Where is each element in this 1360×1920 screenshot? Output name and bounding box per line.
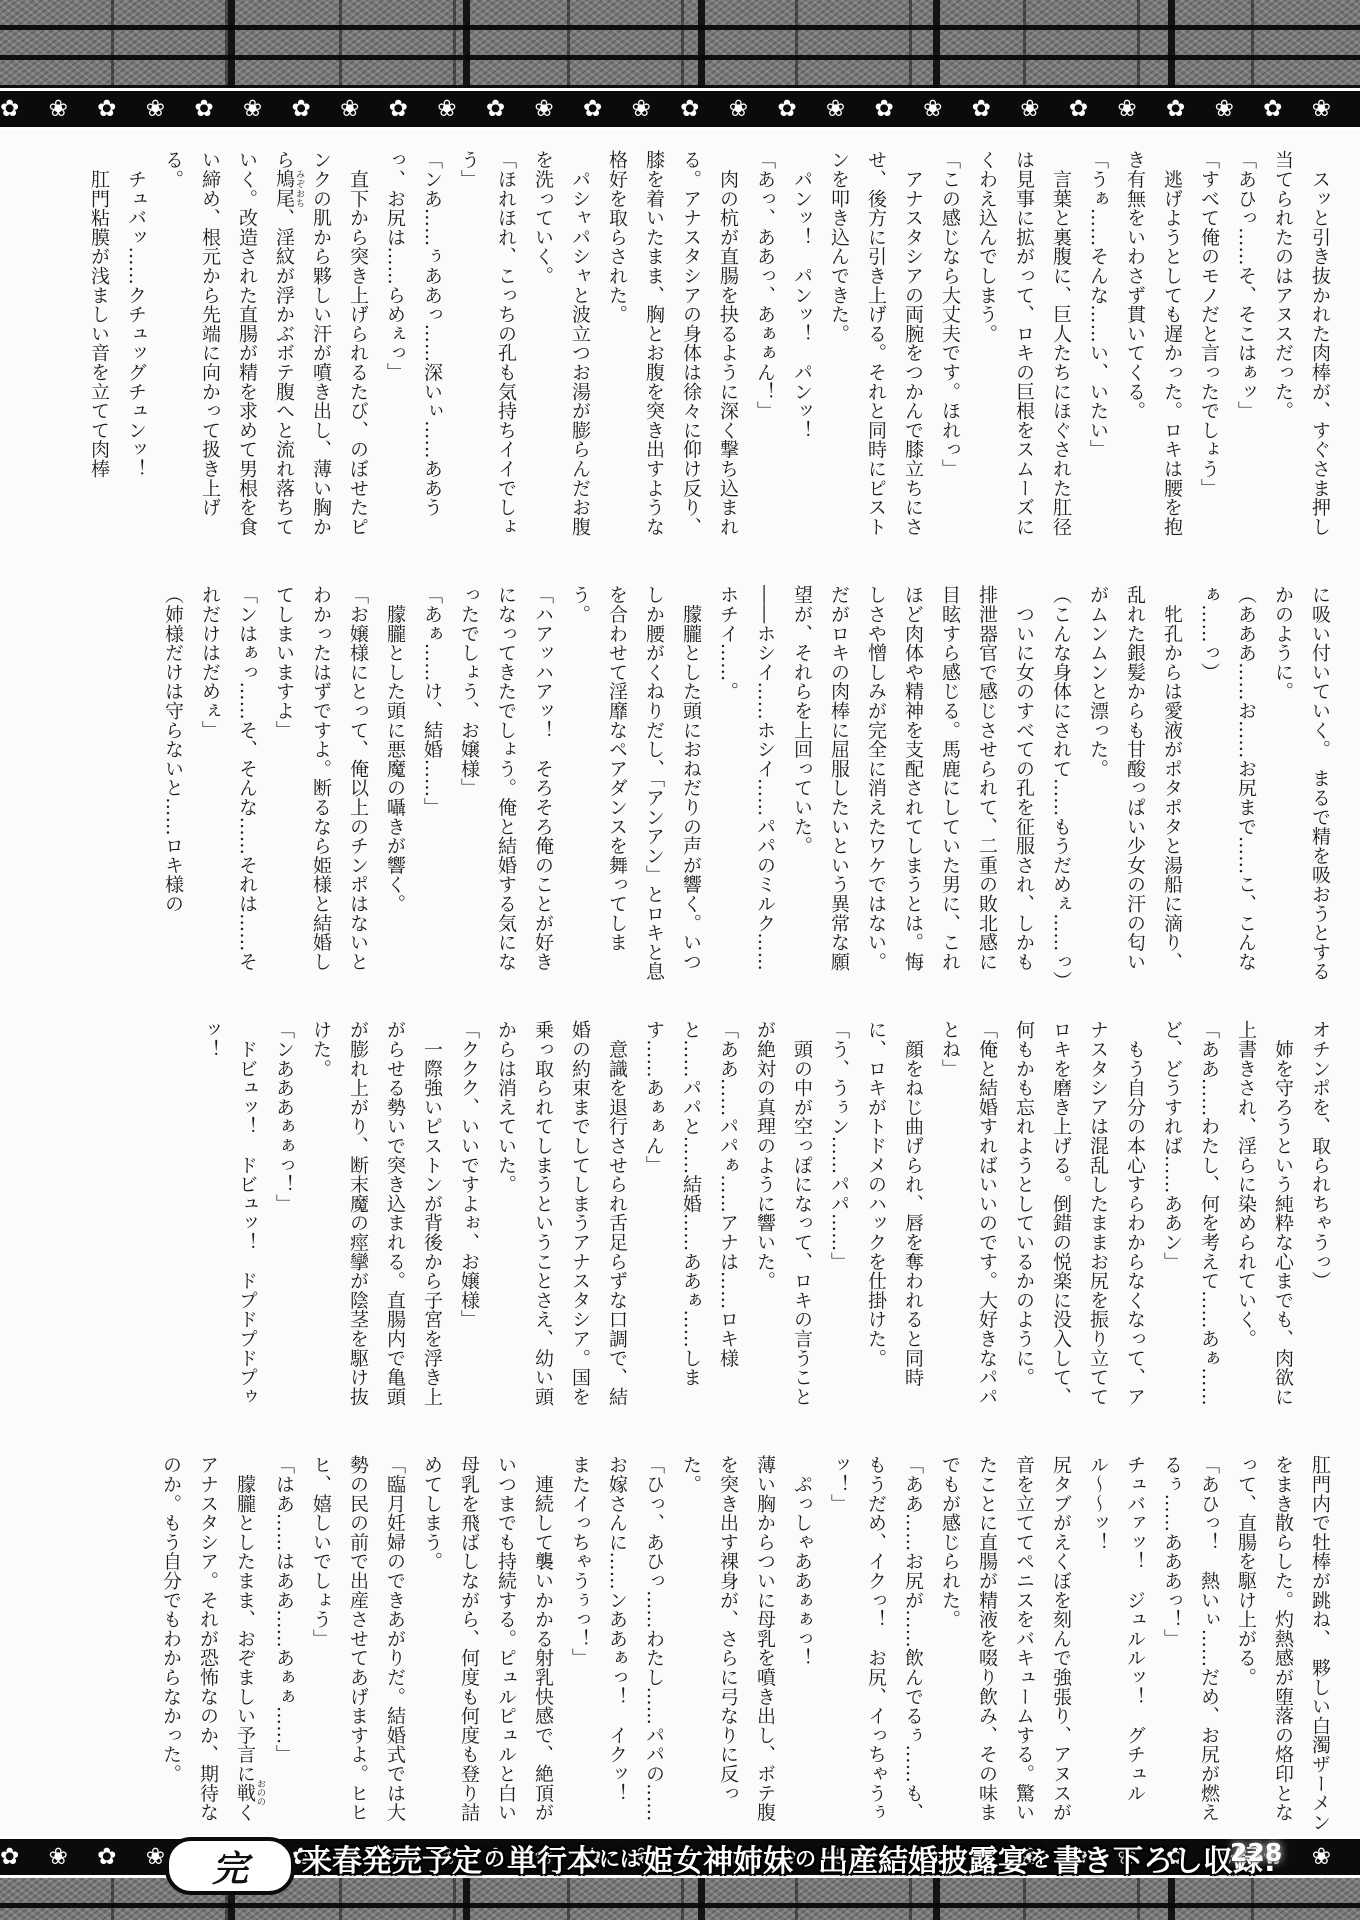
dialogue-line: 「すべて俺のモノだと言ったでしょう」 xyxy=(1190,150,1227,555)
paragraph: 意識を退行させられ舌足らずな口調で、結婚の約束までしてしまうアナスタシア。国を乗… xyxy=(487,1020,635,1425)
paragraph: 尻タブがえくぼを刻んで強張り、アヌスが音を立ててペニスをバキュームする。驚いたこ… xyxy=(931,1455,1079,1833)
paragraph: 連続して襲いかかる射乳快感で、絶頂がいつまでも持続する。ピュルピュルと白い母乳を… xyxy=(413,1455,561,1833)
sound-effect-line: パンッ！ パンッ！ パンッ！ xyxy=(783,150,820,555)
paragraph: 朦朧とした頭に悪魔の囁きが響く。 xyxy=(376,585,413,990)
announcement-text: 来春発売予定の単行本には姫女神姉妹の出産結婚披露宴を書き下ろし収録! xyxy=(302,1836,1277,1880)
monologue-line: （姉様だけは守らないと……ロキ様の xyxy=(154,585,191,990)
announcement-segment: には xyxy=(599,1843,641,1873)
ruby-base: 鳩尾 xyxy=(273,169,295,208)
paragraph: 薄い胸からついに母乳を噴き出し、ボテ腹を突き出す裸身が、さらに弓なりに反った。 xyxy=(672,1455,783,1833)
dialogue-line: 「ああ……パパぁ……アナは……ロキ様と……パパと……結婚……ああぁ……します……… xyxy=(635,1020,746,1425)
paragraph: 肉の杭が直腸を抉るように深く撃ち込まれる。アナスタシアの身体は徐々に仰け反り、膝… xyxy=(598,150,746,555)
paragraph: 朦朧としたまま、おぞましい予言に戦おののくアナスタシア。それが恐怖なのか、期待な… xyxy=(152,1455,265,1833)
ruby-reading: おのの xyxy=(255,1779,265,1806)
dialogue-line: 「う、うぅン……パパ……」 xyxy=(820,1020,857,1425)
dialogue-line: 「あひっ……そ、そこはぁッ」 xyxy=(1227,150,1264,555)
dialogue-line: 「あひっ！ 熱いぃ……だめ、お尻が燃えるぅ……あああっ！」 xyxy=(1153,1455,1227,1833)
paragraph: ついに女のすべての孔を征服され、しかも排泄器官で感じさせられて、二重の敗北感に目… xyxy=(783,585,1042,990)
monologue-line: （こんな身体にされて……もうだめぇ……っ） xyxy=(1042,585,1079,990)
floral-pattern-icon: ✿ ❀ ✿ ❀ ✿ ❀ ✿ ❀ ✿ ❀ ✿ ❀ ✿ ❀ ✿ ❀ ✿ ❀ ✿ ❀ … xyxy=(0,96,1360,122)
text-run: 、淫紋が浮かぶボテ腹へと流れ落ちていく。改造された直腸が精を求めて男根を食い締め… xyxy=(162,150,295,536)
text-band-4: 肛門内で牡棒が跳ね、 夥しい白濁ザーメンをまき散らした。灼熱感が堕落の烙印となっ… xyxy=(132,1455,1338,1833)
paragraph: 朦朧とした頭におねだりの声が響く。いつしか腰がくねりだし、「アンアン」とロキと息… xyxy=(561,585,709,990)
paragraph: 頭の中が空っぽになって、ロキの言うことが絶対の真理のように響いた。 xyxy=(746,1020,820,1425)
announcement-segment: 姫女神姉妹 xyxy=(643,1836,793,1880)
paragraph: アナスタシアの両腕をつかんで膝立ちにさせ、後方に引き上げる。それと同時にピストン… xyxy=(820,150,931,555)
dialogue-line: 「この感じなら大丈夫です。ほれっ」 xyxy=(931,150,968,555)
dialogue-line: 「あぁ……け、結婚……」 xyxy=(413,585,450,990)
paragraph: スッと引き抜かれた肉棒が、すぐさま押し当てられたのはアヌスだった。 xyxy=(1264,150,1338,555)
text-band-2: に吸い付いていく。 まるで精を吸おうとするかのように。 （あああ……お……お尻ま… xyxy=(132,585,1338,990)
monologue-line: ――ホシイ……ホシイ……パパのミルク……ホチイ……。 xyxy=(709,585,783,990)
dialogue-line: 「ンあああぁぁっ！」 xyxy=(265,1020,302,1425)
paragraph: 直下から突き上げられるたび、のぼせたピンクの肌から夥しい汗が噴き出し、薄い胸から… xyxy=(154,150,376,555)
paragraph: に吸い付いていく。 まるで精を吸おうとするかのように。 xyxy=(1264,585,1338,990)
dialogue-line: 「ンはぁっ……そ、そんな……それは……それだけはだめぇ」 xyxy=(191,585,265,990)
announcement-segment: の xyxy=(484,1843,505,1873)
dialogue-line: 「うぁ……そんな……い、いたい」 xyxy=(1079,150,1116,555)
dialogue-line: 「あっ、ああっ、あぁぁん！」 xyxy=(746,150,783,555)
monologue-line: オチンポを、取られちゃうっ） xyxy=(1301,1020,1338,1425)
announcement-segment: 出産結婚披露宴 xyxy=(818,1836,1028,1880)
announcement-segment: を xyxy=(1030,1843,1051,1873)
sound-effect-line: チュバッ……クチュッグチュンッ！ xyxy=(117,150,154,555)
paragraph: 一際強いピストンが背後から子宮を浮き上がらせる勢いで突き込まれる。直腸内で亀頭が… xyxy=(302,1020,450,1425)
text-run: 朦朧としたまま、おぞましい予言に xyxy=(234,1455,256,1783)
dialogue-line: 「お嬢様にとって、俺以上のチンポはないとわかったはずですよ。断るなら姫様と結婚し… xyxy=(265,585,376,990)
dialogue-line: 「俺と結婚すればいいのです。大好きなパパとね」 xyxy=(931,1020,1005,1425)
dialogue-line: 「ひっ、あひっ……わたし……パパの……お嫁さんに……ンああぁっ！ イクッ！ また… xyxy=(561,1455,672,1833)
book-page: ✿ ❀ ✿ ❀ ✿ ❀ ✿ ❀ ✿ ❀ ✿ ❀ ✿ ❀ ✿ ❀ ✿ ❀ ✿ ❀ … xyxy=(0,0,1360,1920)
paragraph: パシャパシャと波立つお湯が膨らんだお腹を洗っていく。 xyxy=(524,150,598,555)
paragraph: 姉を守ろうという純粋な心までも、肉欲に上書きされ、淫らに染められていく。 xyxy=(1227,1020,1301,1425)
announcement-segment: 単行本 xyxy=(507,1836,597,1880)
announcement-segment: の xyxy=(795,1843,816,1873)
text-band-3: オチンポを、取られちゃうっ） 姉を守ろうという純粋な心までも、肉欲に上書きされ、… xyxy=(132,1020,1338,1425)
sound-effect-line: ドビュッ！ ドビュッ！ ドプドプドプゥッ！ xyxy=(191,1020,265,1425)
floral-border-top: ✿ ❀ ✿ ❀ ✿ ❀ ✿ ❀ ✿ ❀ ✿ ❀ ✿ ❀ ✿ ❀ ✿ ❀ ✿ ❀ … xyxy=(0,88,1360,130)
ruby-annotation: 鳩尾みぞおち xyxy=(273,169,295,208)
text-band-1: スッと引き抜かれた肉棒が、すぐさま押し当てられたのはアヌスだった。 「あひっ……… xyxy=(132,150,1338,555)
brick-texture-top xyxy=(0,0,1360,88)
dialogue-line: 「臨月妊婦のできあがりだ。結婚式では大勢の民の前で出産させてあげますよ。ヒヒヒ、… xyxy=(302,1455,413,1833)
end-mark: 完 xyxy=(212,1841,248,1892)
monologue-line: （あああ……お……お尻まで……こ、こんなぁ……っ） xyxy=(1190,585,1264,990)
ruby-reading: みぞおち xyxy=(294,169,304,208)
dialogue-line: 「はあ……はああ……あぁぁ……」 xyxy=(265,1455,302,1833)
paragraph: 牝孔からは愛液がポタポタと湯船に滴り、乱れた銀髪からも甘酸っぱい少女の汗の匂いが… xyxy=(1079,585,1190,990)
dialogue-line: 「ああ……わたし、何を考えて……あぁ……ど、どうすれば……ああン」 xyxy=(1153,1020,1227,1425)
paragraph: 逃げようとしても遅かった。ロキは腰を抱き有無をいわさず貫いてくる。 xyxy=(1116,150,1190,555)
sound-effect-line: ぷっしゃああぁぁっ！ xyxy=(783,1455,820,1833)
announcement-segment: 来春発売予定 xyxy=(302,1836,482,1880)
ruby-annotation: 戦おのの xyxy=(234,1783,256,1802)
paragraph: もう自分の本心すらわからなくなって、アナスタシアは混乱したままお尻を振り立ててロ… xyxy=(1005,1020,1153,1425)
paragraph: 顔をねじ曲げられ、唇を奪われると同時に、ロキがトドメのハックを仕掛けた。 xyxy=(857,1020,931,1425)
dialogue-line: 「ほれほれ、こっちの孔も気持ちイイでしょう」 xyxy=(450,150,524,555)
paragraph: 肛門粘膜が浅ましい音を立てて肉棒 xyxy=(80,150,117,555)
paragraph: 肛門内で牡棒が跳ね、 夥しい白濁ザーメンをまき散らした。灼熱感が堕落の烙印となっ… xyxy=(1227,1455,1338,1833)
page-number: 228 xyxy=(1230,1838,1282,1867)
end-mark-capsule: 完 xyxy=(165,1837,295,1895)
dialogue-line: 「ンあ……ぅああっ……深いぃ……ああうっ、お尻は……らめぇっ」 xyxy=(376,150,450,555)
dialogue-line: 「ククク、いいですよぉ、お嬢様」 xyxy=(450,1020,487,1425)
dialogue-line: 「ああ……お尻が……飲んでるぅ……も、もうだめ、イクっ！ お尻、イっちゃうぅッ！… xyxy=(820,1455,931,1833)
sound-effect-line: チュバァッ！ ジュルルッ！ グチュルル〜〜ッ！ xyxy=(1079,1455,1153,1833)
paragraph: 言葉と裏腹に、巨人たちにほぐされた肛径は見事に拡がって、ロキの巨根をスムーズにく… xyxy=(968,150,1079,555)
dialogue-line: 「ハアッハアッ！ そろそろ俺のことが好きになってきたでしょう。俺と結婚する気にな… xyxy=(450,585,561,990)
